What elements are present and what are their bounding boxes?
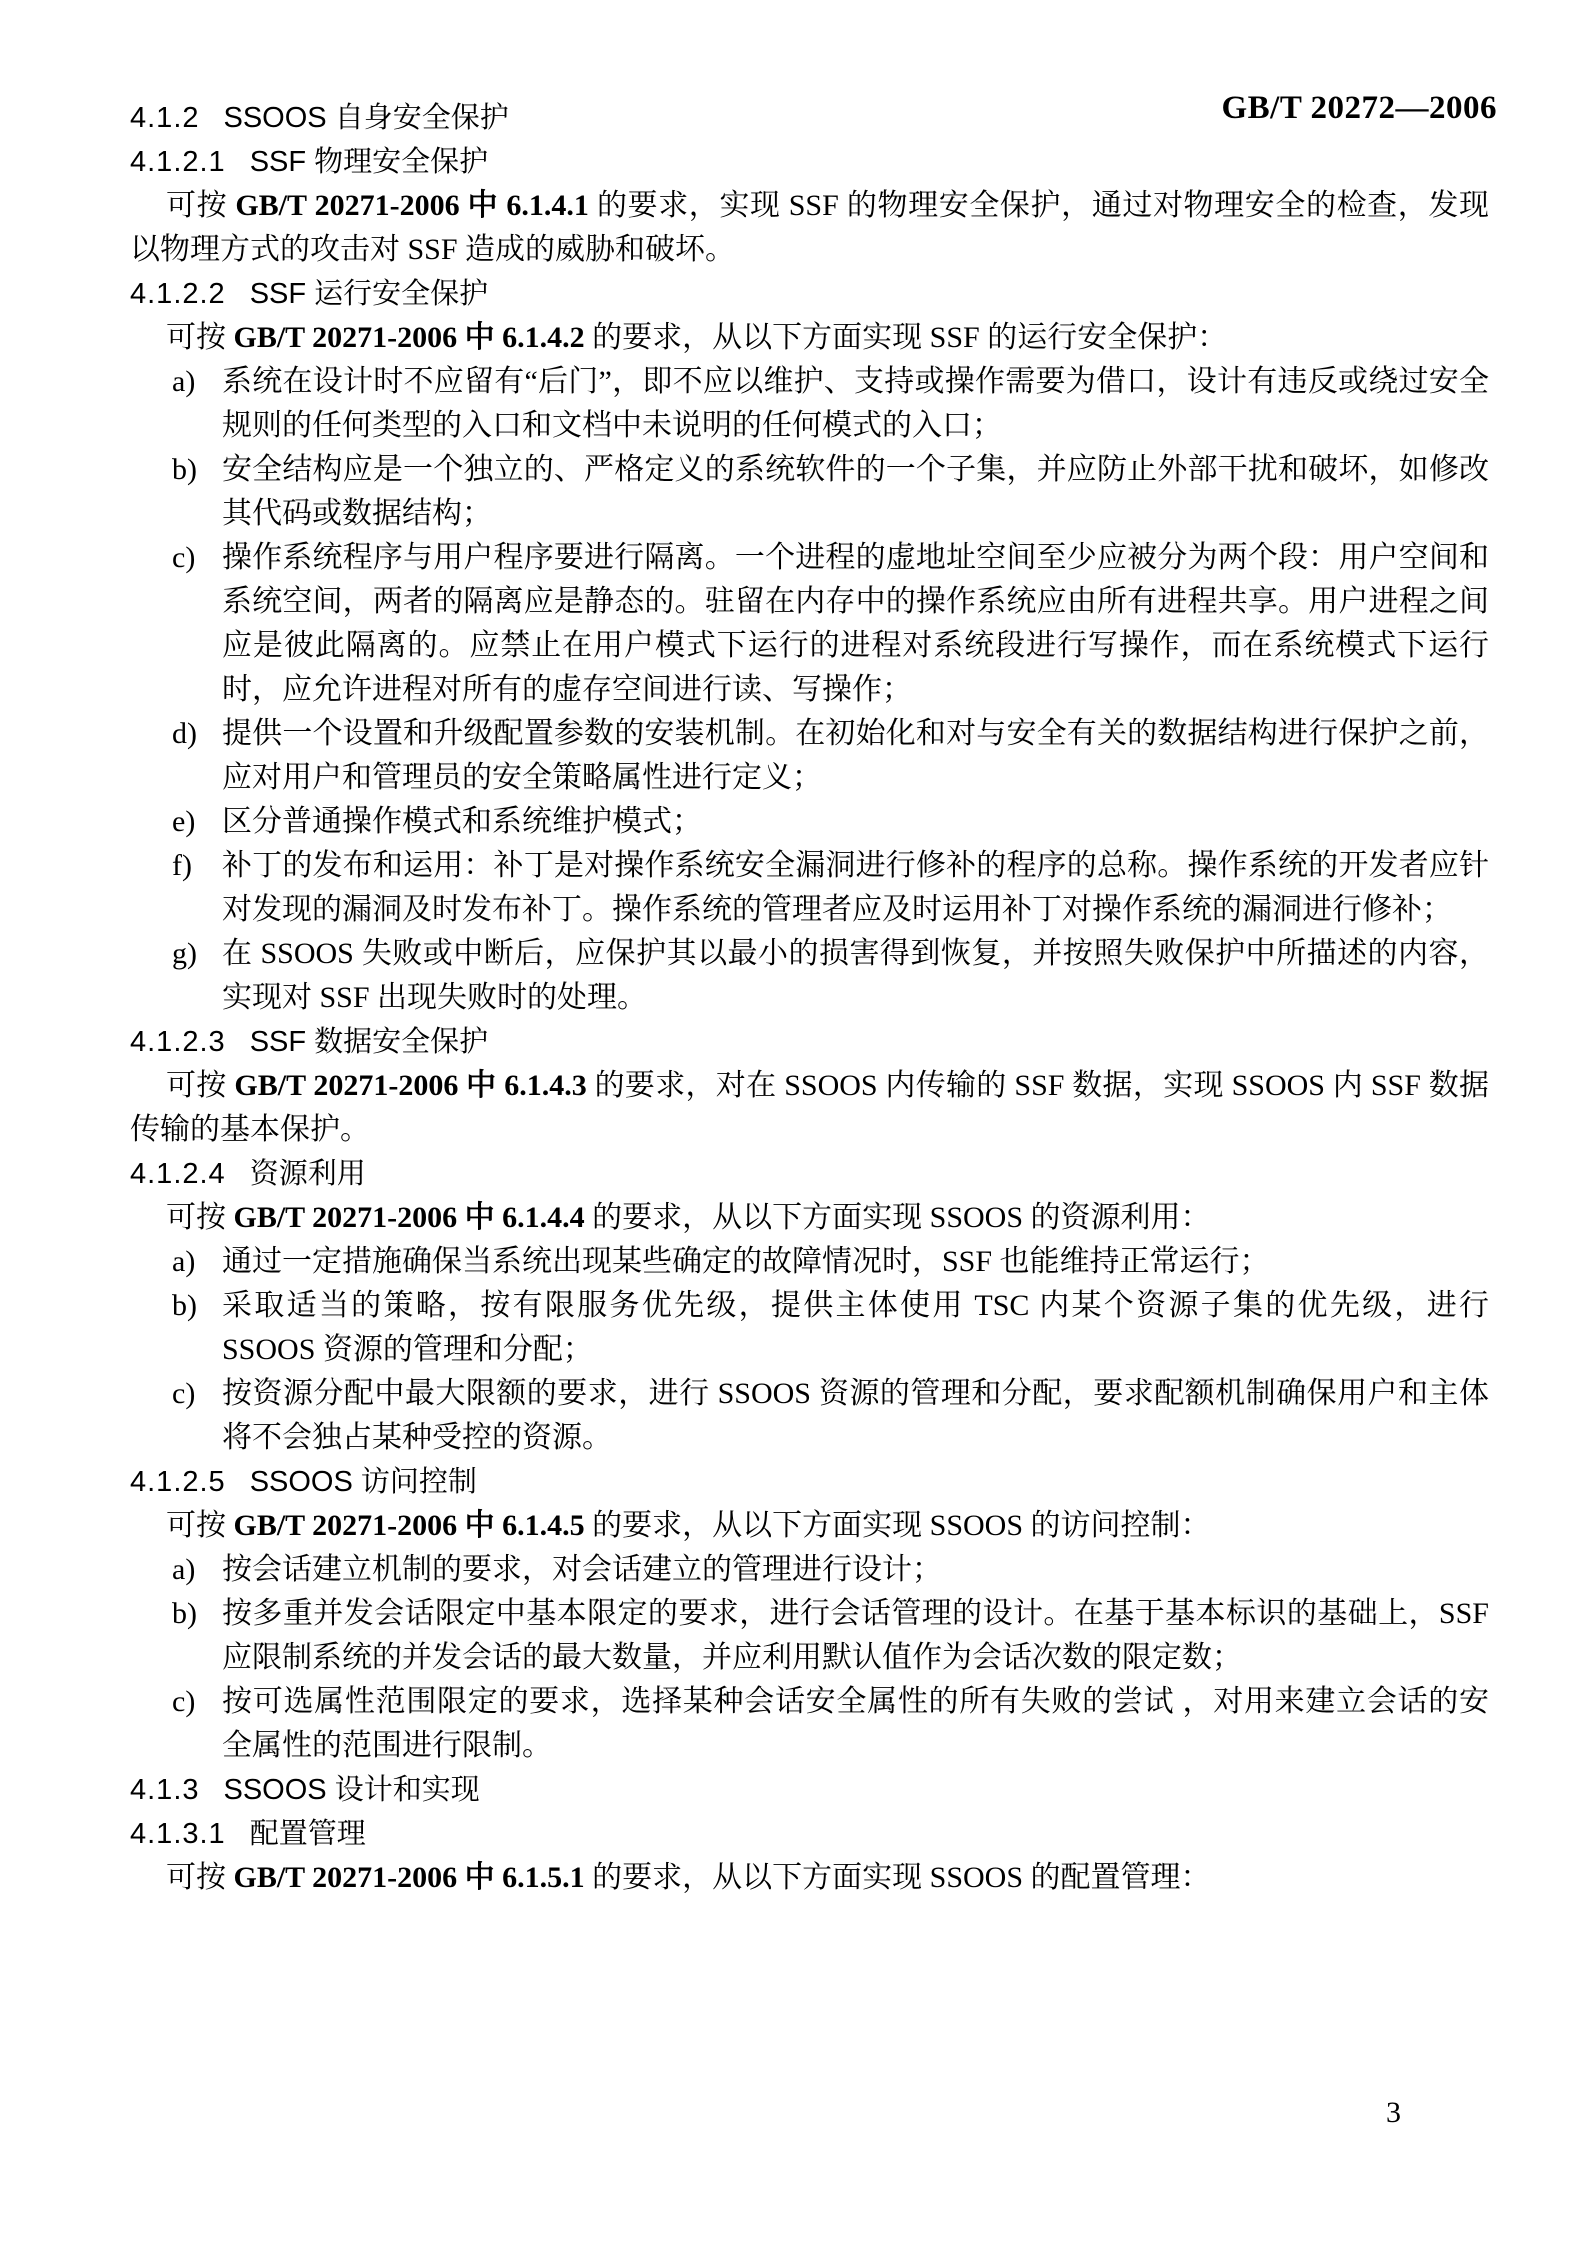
list-item: b) 采取适当的策略，按有限服务优先级，提供主体使用 TSC 内某个资源子集的优… bbox=[172, 1284, 1489, 1372]
section-heading-4-1-2-4: 4.1.2.4资源利用 bbox=[130, 1152, 1489, 1196]
paragraph-text: 的要求，从以下方面实现 SSOOS 的配置管理： bbox=[585, 1861, 1211, 1894]
paragraph-4-1-2-1: 可按 GB/T 20271-2006 中 6.1.4.1 的要求，实现 SSF … bbox=[130, 184, 1489, 272]
paragraph-lead: 可按 bbox=[166, 1861, 234, 1894]
list-item: a) 通过一定措施确保当系统出现某些确定的故障情况时，SSF 也能维持正常运行； bbox=[172, 1240, 1489, 1284]
section-title: SSF 数据安全保护 bbox=[250, 1026, 488, 1058]
list-item: c) 按可选属性范围限定的要求，选择某种会话安全属性的所有失败的尝试 ，对用来建… bbox=[172, 1680, 1489, 1768]
section-title: 配置管理 bbox=[250, 1818, 366, 1850]
list-item-text: 按多重并发会话限定中基本限定的要求，进行会话管理的设计。在基于基本标识的基础上，… bbox=[222, 1592, 1489, 1680]
list-item-text: 提供一个设置和升级配置参数的安装机制。在初始化和对与安全有关的数据结构进行保护之… bbox=[222, 712, 1489, 800]
list-item-label: c) bbox=[172, 536, 222, 712]
section-heading-4-1-2-5: 4.1.2.5SSOOS 访问控制 bbox=[130, 1460, 1489, 1504]
list-item: c) 操作系统程序与用户程序要进行隔离。一个进程的虚地址空间至少应被分为两个段：… bbox=[172, 536, 1489, 712]
standard-reference: GB/T 20271-2006 中 6.1.4.5 bbox=[234, 1509, 585, 1542]
list-item: c) 按资源分配中最大限额的要求，进行 SSOOS 资源的管理和分配，要求配额机… bbox=[172, 1372, 1489, 1460]
paragraph-text: 的要求，从以下方面实现 SSF 的运行安全保护： bbox=[585, 321, 1228, 354]
list-item-label: e) bbox=[172, 800, 222, 844]
paragraph-4-1-3-1: 可按 GB/T 20271-2006 中 6.1.5.1 的要求，从以下方面实现… bbox=[130, 1856, 1489, 1900]
section-heading-4-1-3-1: 4.1.3.1配置管理 bbox=[130, 1812, 1489, 1856]
list-item-label: b) bbox=[172, 1284, 222, 1372]
standard-reference: GB/T 20271-2006 中 6.1.4.1 bbox=[235, 189, 589, 222]
paragraph-text: 的要求，从以下方面实现 SSOOS 的访问控制： bbox=[585, 1509, 1211, 1542]
section-number: 4.1.2 bbox=[130, 102, 200, 134]
list-item-text: 按会话建立机制的要求，对会话建立的管理进行设计； bbox=[222, 1548, 1489, 1592]
document-body: 4.1.2SSOOS 自身安全保护 4.1.2.1SSF 物理安全保护 可按 G… bbox=[0, 90, 1587, 1900]
paragraph-4-1-2-3: 可按 GB/T 20271-2006 中 6.1.4.3 的要求，对在 SSOO… bbox=[130, 1064, 1489, 1152]
section-title: SSF 物理安全保护 bbox=[250, 146, 488, 178]
list-item-text: 操作系统程序与用户程序要进行隔离。一个进程的虚地址空间至少应被分为两个段：用户空… bbox=[222, 536, 1489, 712]
section-title: SSOOS 设计和实现 bbox=[224, 1774, 480, 1806]
paragraph-lead: 可按 bbox=[166, 1201, 234, 1234]
section-title: SSOOS 自身安全保护 bbox=[224, 102, 509, 134]
list-item-label: a) bbox=[172, 1548, 222, 1592]
section-title: SSF 运行安全保护 bbox=[250, 278, 488, 310]
list-item-text: 按可选属性范围限定的要求，选择某种会话安全属性的所有失败的尝试 ，对用来建立会话… bbox=[222, 1680, 1489, 1768]
list-item: f) 补丁的发布和运用：补丁是对操作系统安全漏洞进行修补的程序的总称。操作系统的… bbox=[172, 844, 1489, 932]
section-heading-4-1-2-2: 4.1.2.2SSF 运行安全保护 bbox=[130, 272, 1489, 316]
section-number: 4.1.3.1 bbox=[130, 1818, 226, 1850]
list-item: d) 提供一个设置和升级配置参数的安装机制。在初始化和对与安全有关的数据结构进行… bbox=[172, 712, 1489, 800]
list-item-text: 安全结构应是一个独立的、严格定义的系统软件的一个子集，并应防止外部干扰和破坏，如… bbox=[222, 448, 1489, 536]
page-number: 3 bbox=[1386, 2096, 1401, 2129]
document-page: GB/T 20272—2006 4.1.2SSOOS 自身安全保护 4.1.2.… bbox=[0, 0, 1587, 2245]
list-item-label: a) bbox=[172, 1240, 222, 1284]
section-number: 4.1.2.5 bbox=[130, 1466, 226, 1498]
section-number: 4.1.2.2 bbox=[130, 278, 226, 310]
section-number: 4.1.2.1 bbox=[130, 146, 226, 178]
paragraph-4-1-2-2: 可按 GB/T 20271-2006 中 6.1.4.2 的要求，从以下方面实现… bbox=[130, 316, 1489, 360]
standard-reference: GB/T 20271-2006 中 6.1.5.1 bbox=[234, 1861, 585, 1894]
paragraph-lead: 可按 bbox=[166, 189, 235, 222]
paragraph-4-1-2-4: 可按 GB/T 20271-2006 中 6.1.4.4 的要求，从以下方面实现… bbox=[130, 1196, 1489, 1240]
standard-reference: GB/T 20271-2006 中 6.1.4.4 bbox=[234, 1201, 585, 1234]
page-header: GB/T 20272—2006 bbox=[0, 0, 1587, 90]
list-item: g) 在 SSOOS 失败或中断后，应保护其以最小的损害得到恢复，并按照失败保护… bbox=[172, 932, 1489, 1020]
page-footer: 3 bbox=[1386, 2096, 1401, 2130]
list-item: b) 按多重并发会话限定中基本限定的要求，进行会话管理的设计。在基于基本标识的基… bbox=[172, 1592, 1489, 1680]
list-item-text: 区分普通操作模式和系统维护模式； bbox=[222, 800, 1489, 844]
standard-reference: GB/T 20271-2006 中 6.1.4.3 bbox=[234, 1069, 586, 1102]
paragraph-lead: 可按 bbox=[166, 1069, 234, 1102]
list-item: e) 区分普通操作模式和系统维护模式； bbox=[172, 800, 1489, 844]
list-item-text: 在 SSOOS 失败或中断后，应保护其以最小的损害得到恢复，并按照失败保护中所描… bbox=[222, 932, 1489, 1020]
section-title: SSOOS 访问控制 bbox=[250, 1466, 477, 1498]
list-item-text: 系统在设计时不应留有“后门”，即不应以维护、支持或操作需要为借口，设计有违反或绕… bbox=[222, 360, 1489, 448]
list-item: a) 系统在设计时不应留有“后门”，即不应以维护、支持或操作需要为借口，设计有违… bbox=[172, 360, 1489, 448]
section-heading-4-1-2-3: 4.1.2.3SSF 数据安全保护 bbox=[130, 1020, 1489, 1064]
list-item-label: a) bbox=[172, 360, 222, 448]
list-item-text: 按资源分配中最大限额的要求，进行 SSOOS 资源的管理和分配，要求配额机制确保… bbox=[222, 1372, 1489, 1460]
paragraph-text: 的要求，从以下方面实现 SSOOS 的资源利用： bbox=[585, 1201, 1211, 1234]
list-item: b) 安全结构应是一个独立的、严格定义的系统软件的一个子集，并应防止外部干扰和破… bbox=[172, 448, 1489, 536]
list-item-label: c) bbox=[172, 1372, 222, 1460]
standard-reference: GB/T 20271-2006 中 6.1.4.2 bbox=[234, 321, 585, 354]
list-item-text: 通过一定措施确保当系统出现某些确定的故障情况时，SSF 也能维持正常运行； bbox=[222, 1240, 1489, 1284]
list-item-label: c) bbox=[172, 1680, 222, 1768]
list-item-label: g) bbox=[172, 932, 222, 1020]
list-item-label: b) bbox=[172, 448, 222, 536]
paragraph-4-1-2-5: 可按 GB/T 20271-2006 中 6.1.4.5 的要求，从以下方面实现… bbox=[130, 1504, 1489, 1548]
list-item-text: 补丁的发布和运用：补丁是对操作系统安全漏洞进行修补的程序的总称。操作系统的开发者… bbox=[222, 844, 1489, 932]
section-number: 4.1.2.3 bbox=[130, 1026, 226, 1058]
section-heading-4-1-3: 4.1.3SSOOS 设计和实现 bbox=[130, 1768, 1489, 1812]
section-number: 4.1.2.4 bbox=[130, 1158, 226, 1190]
section-number: 4.1.3 bbox=[130, 1774, 200, 1806]
section-title: 资源利用 bbox=[250, 1158, 366, 1190]
paragraph-lead: 可按 bbox=[166, 321, 234, 354]
paragraph-lead: 可按 bbox=[166, 1509, 234, 1542]
list-item-text: 采取适当的策略，按有限服务优先级，提供主体使用 TSC 内某个资源子集的优先级，… bbox=[222, 1284, 1489, 1372]
standard-number: GB/T 20272—2006 bbox=[1221, 90, 1497, 126]
list-item: a) 按会话建立机制的要求，对会话建立的管理进行设计； bbox=[172, 1548, 1489, 1592]
list-item-label: d) bbox=[172, 712, 222, 800]
list-item-label: b) bbox=[172, 1592, 222, 1680]
section-heading-4-1-2-1: 4.1.2.1SSF 物理安全保护 bbox=[130, 140, 1489, 184]
list-item-label: f) bbox=[172, 844, 222, 932]
